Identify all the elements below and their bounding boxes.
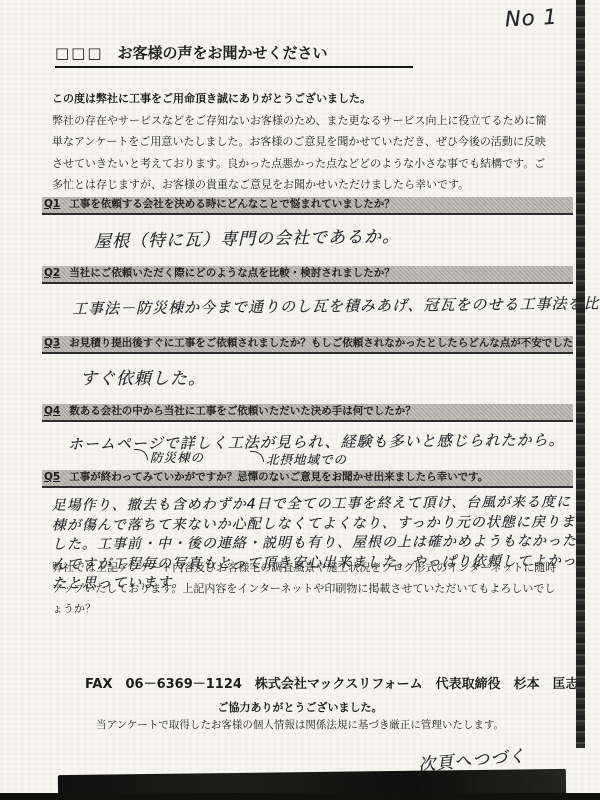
question-block-q4: Q4数ある会社の中から当社に工事をご依頼いただいた決め手は何でしたか？ ホームペ…: [42, 404, 573, 452]
insertion-hook-icon: [250, 451, 264, 462]
insertion-text-1: 防災棟の: [150, 450, 204, 465]
question-block-q3: Q3お見積り提出後すぐに工事をご依頼されましたか？もしご依頼されなかったとしたら…: [42, 336, 573, 389]
scan-bottom-edge: [0, 793, 600, 800]
privacy-notice: 当アンケートで取得したお客様の個人情報は関係法規に基づき厳正に管理いたします。: [0, 717, 600, 732]
question-text-q4: 数ある会社の中から当社に工事をご依頼いただいた決め手は何でしたか？: [69, 405, 416, 417]
question-label-q4: Q4: [44, 405, 60, 417]
scan-edge-strip: [576, 0, 585, 748]
fax-company-line: FAX 06－6369－1124 株式会社マックスリフォーム 代表取締役 杉本 …: [85, 673, 579, 692]
question-header-q5: Q5工事が終わってみていかがですか？忌憚のないご意見をお聞かせ出来ましたら幸いで…: [42, 470, 573, 488]
question-text-q5: 工事が終わってみていかがですか？忌憚のないご意見をお聞かせ出来ましたら幸いです。: [69, 471, 488, 483]
checkbox-squares: □□□: [55, 44, 104, 62]
question-label-q5: Q5: [44, 471, 60, 483]
question-block-q2: Q2当社にご依頼いただく際にどのような点を比較・検討されましたか？ 工事法－防災…: [42, 266, 600, 316]
handwritten-insertion-1: 防災棟の: [134, 448, 204, 466]
handwritten-answer-q2: 工事法－防災棟か今まで通りのし瓦を積みあげ、冠瓦をのせる工事法を比較。: [72, 292, 600, 319]
handwritten-answer-q1: 屋根（特に瓦）専門の会社であるか。: [94, 219, 573, 252]
question-header-q4: Q4数ある会社の中から当社に工事をご依頼いただいた決め手は何でしたか？: [42, 404, 573, 422]
handwritten-page-number: No 1: [504, 5, 558, 32]
question-label-q2: Q2: [44, 267, 60, 279]
intro-paragraph: この度は弊社に工事をご用命頂き誠にありがとうございました。 弊社の存在やサービス…: [52, 88, 550, 196]
intro-body: 弊社の存在やサービスなどをご存知ないお客様のため、また更なるサービス向上に役立て…: [52, 110, 550, 196]
question-text-q3: お見積り提出後すぐに工事をご依頼されましたか？もしご依頼されなかったとしたらどん…: [69, 337, 573, 349]
insertion-text-2: 北摂地域での: [266, 452, 347, 467]
question-label-q3: Q3: [44, 337, 60, 349]
form-title: お客様の声をお聞かせください: [118, 44, 328, 62]
question-header-q1: Q1工事を依頼する会社を決める時にどんなことで悩まれていましたか？: [42, 197, 573, 215]
question-label-q1: Q1: [44, 198, 60, 210]
thanks-line: ご協力ありがとうございました。: [0, 699, 600, 715]
intro-greeting: この度は弊社に工事をご用命頂き誠にありがとうございました。: [52, 88, 550, 110]
question-block-q5: Q5工事が終わってみていかがですか？忌憚のないご意見をお聞かせ出来ましたら幸いで…: [42, 470, 578, 593]
question-text-q1: 工事を依頼する会社を決める時にどんなことで悩まれていましたか？: [69, 198, 395, 210]
scanned-survey-sheet: No 1 □□□お客様の声をお聞かせください この度は弊社に工事をご用命頂き誠に…: [0, 0, 600, 800]
insertion-hook-icon: [134, 449, 148, 460]
question-block-q1: Q1工事を依頼する会社を決める時にどんなことで悩まれていましたか？ 屋根（特に瓦…: [42, 197, 573, 248]
handwritten-insertion-2: 北摂地域での: [250, 450, 347, 468]
question-header-q2: Q2当社にご依頼いただく際にどのような点を比較・検討されましたか？: [42, 266, 573, 284]
handwritten-answer-q3: すぐ依頼した。: [80, 364, 573, 389]
question-text-q2: 当社にご依頼いただく際にどのような点を比較・検討されましたか？: [69, 267, 395, 279]
handwritten-answer-q5: 足場作り、撤去も含めわずか4日で全ての工事を終えて頂け、台風が来る度に棟が傷んで…: [52, 493, 579, 594]
question-header-q3: Q3お見積り提出後すぐに工事をご依頼されましたか？もしご依頼されなかったとしたら…: [42, 336, 573, 354]
form-title-row: □□□お客様の声をお聞かせください: [55, 42, 413, 68]
